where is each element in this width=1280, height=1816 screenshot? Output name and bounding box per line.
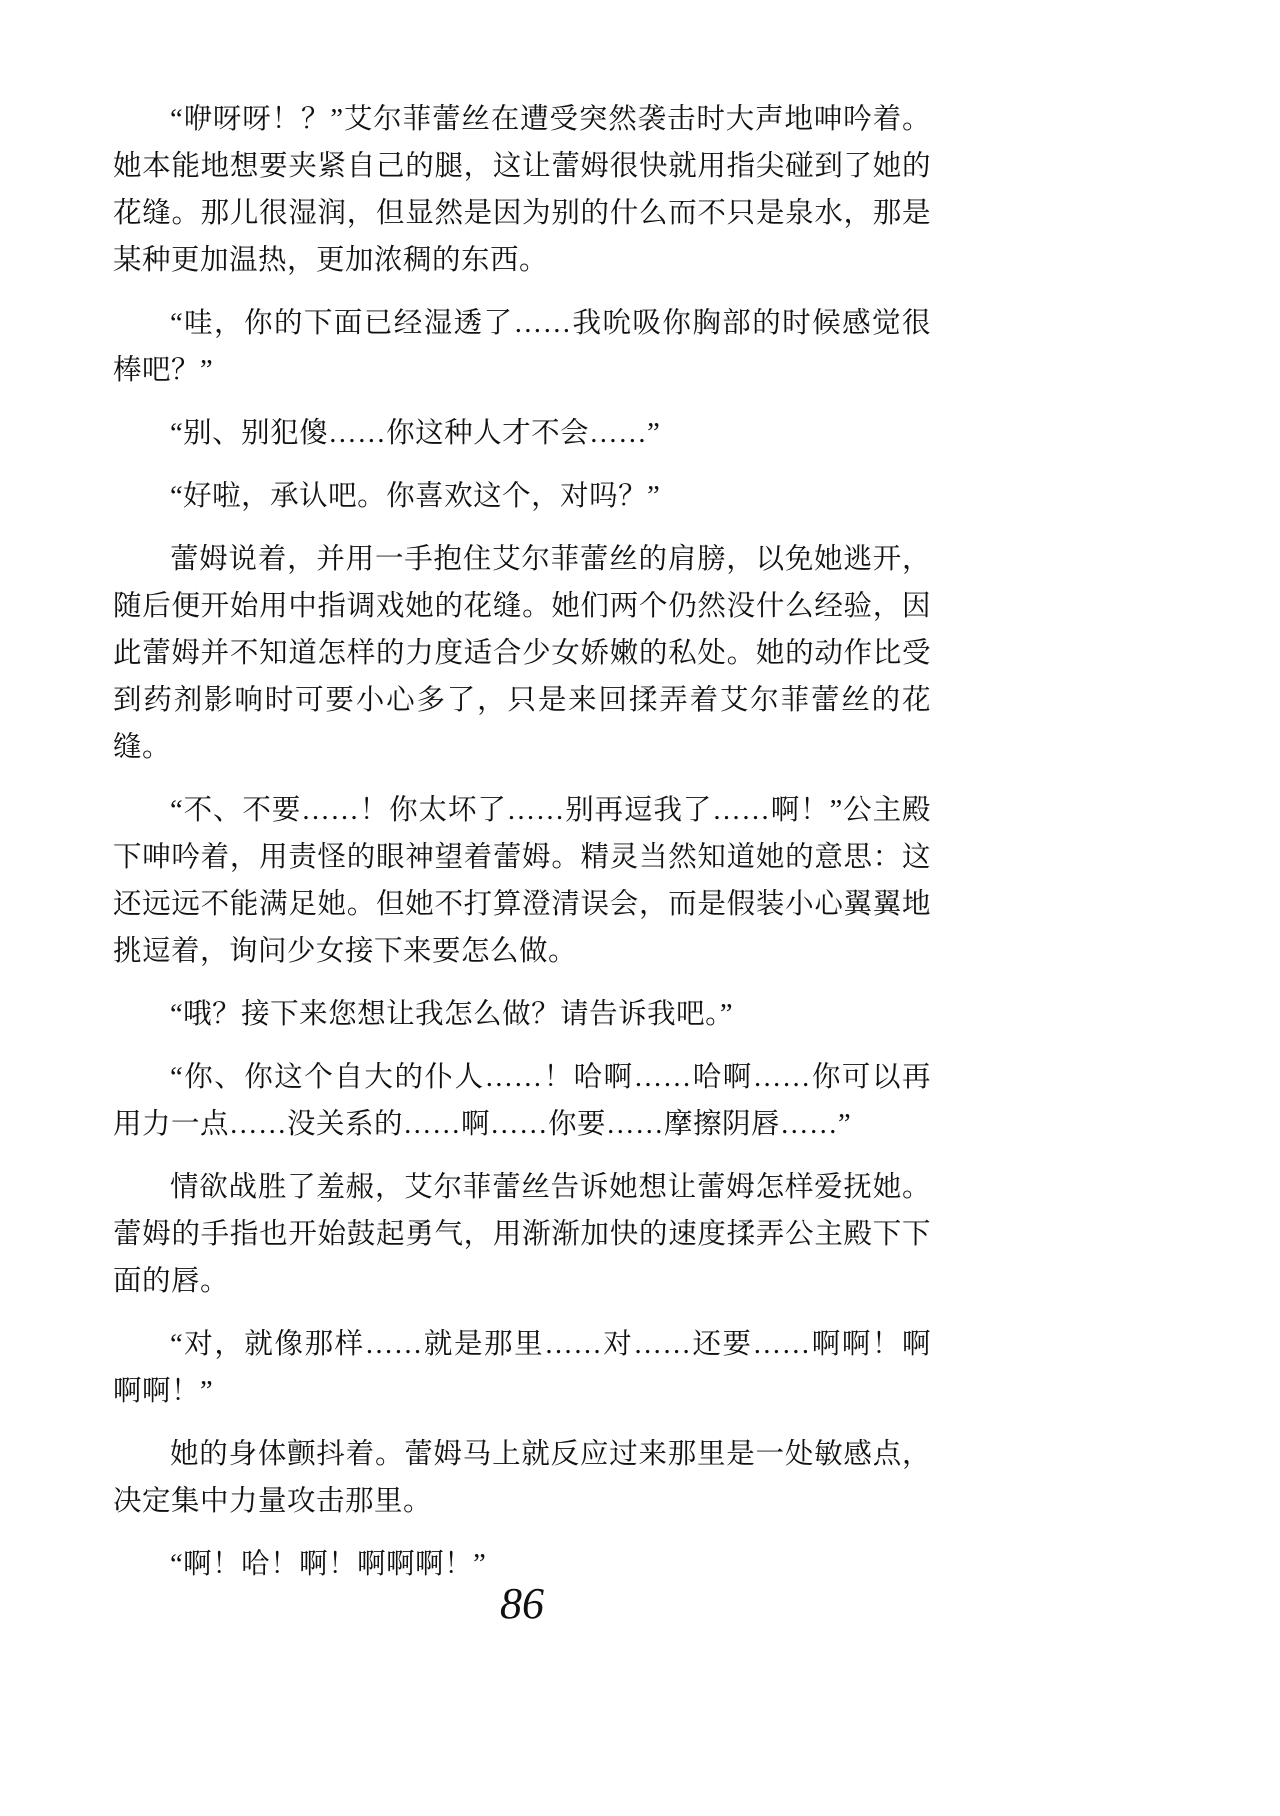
- page-number: 86: [113, 1578, 931, 1629]
- paragraph: “咿呀呀！？”艾尔菲蕾丝在遭受突然袭击时大声地呻吟着。她本能地想要夹紧自己的腿，…: [113, 96, 931, 284]
- paragraph: 情欲战胜了羞赧，艾尔菲蕾丝告诉她想让蕾姆怎样爱抚她。蕾姆的手指也开始鼓起勇气，用…: [113, 1164, 931, 1305]
- paragraph: “别、别犯傻……你这种人才不会……”: [113, 410, 931, 457]
- paragraph: “哦？接下来您想让我怎么做？请告诉我吧。”: [113, 991, 931, 1038]
- document-page: “咿呀呀！？”艾尔菲蕾丝在遭受突然袭击时大声地呻吟着。她本能地想要夹紧自己的腿，…: [113, 96, 931, 1604]
- paragraph: “哇，你的下面已经湿透了……我吮吸你胸部的时候感觉很棒吧？”: [113, 300, 931, 394]
- paragraph: “不、不要……！你太坏了……别再逗我了……啊！”公主殿下呻吟着，用责怪的眼神望着…: [113, 787, 931, 975]
- paragraph: “对，就像那样……就是那里……对……还要……啊啊！啊啊啊！”: [113, 1321, 931, 1415]
- paragraph: “你、你这个自大的仆人……！哈啊……哈啊……你可以再用力一点……没关系的……啊……: [113, 1054, 931, 1148]
- paragraph: 蕾姆说着，并用一手抱住艾尔菲蕾丝的肩膀，以免她逃开，随后便开始用中指调戏她的花缝…: [113, 536, 931, 771]
- paragraph: 她的身体颤抖着。蕾姆马上就反应过来那里是一处敏感点，决定集中力量攻击那里。: [113, 1431, 931, 1525]
- paragraph: “好啦，承认吧。你喜欢这个，对吗？”: [113, 473, 931, 520]
